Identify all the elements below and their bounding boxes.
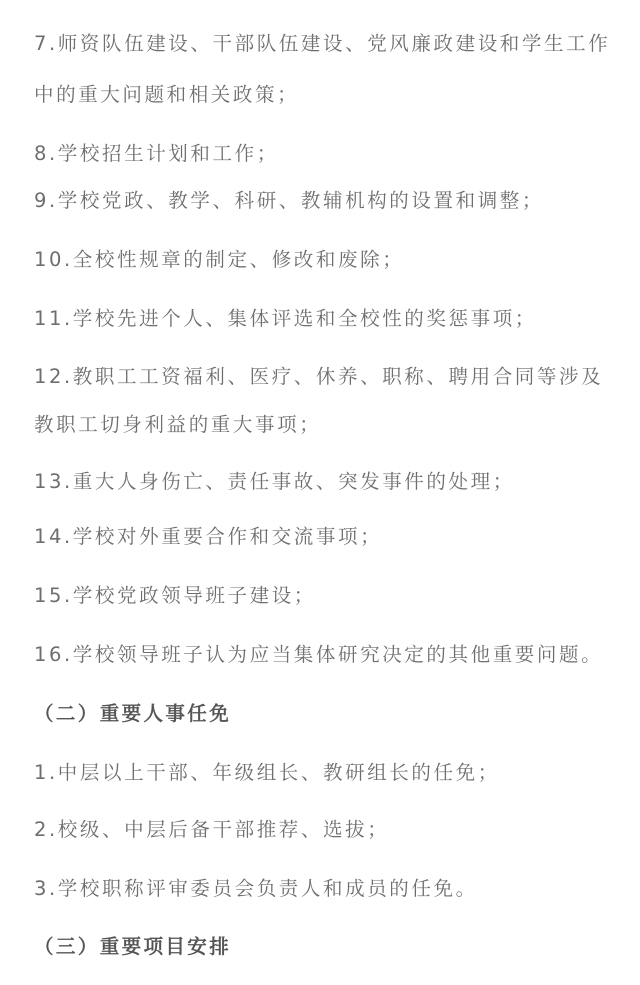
personnel-item-2: 2.校级、中层后备干部推荐、选拔； (34, 816, 389, 844)
list-item-13: 13.重大人身伤亡、责任事故、突发事件的处理； (34, 468, 515, 496)
list-item-12-line-1: 12.教职工工资福利、医疗、休养、职称、聘用合同等涉及 (34, 363, 603, 391)
list-item-10: 10.全校性规章的制定、修改和废除； (34, 246, 404, 274)
list-item-14: 14.学校对外重要合作和交流事项； (34, 523, 382, 551)
list-item-12-line-2: 教职工切身利益的重大事项； (34, 411, 321, 439)
personnel-item-3: 3.学校职称评审委员会负责人和成员的任免。 (34, 875, 478, 903)
list-item-7-line-2: 中的重大问题和相关政策； (34, 81, 299, 109)
list-item-11: 11.学校先进个人、集体评选和全校性的奖惩事项； (34, 305, 537, 333)
list-item-7-line-1: 7.师资队伍建设、干部队伍建设、党风廉政建设和学生工作 (34, 30, 610, 58)
personnel-item-1: 1.中层以上干部、年级组长、教研组长的任免； (34, 759, 500, 787)
list-item-16: 16.学校领导班子认为应当集体研究决定的其他重要问题。 (34, 641, 603, 669)
list-item-8: 8.学校招生计划和工作； (34, 140, 279, 168)
list-item-15: 15.学校党政领导班子建设； (34, 582, 316, 610)
list-item-9: 9.学校党政、教学、科研、教辅机构的设置和调整； (34, 187, 544, 215)
section-heading-personnel: （二）重要人事任免 (34, 700, 231, 728)
section-heading-projects: （三）重要项目安排 (34, 933, 231, 961)
